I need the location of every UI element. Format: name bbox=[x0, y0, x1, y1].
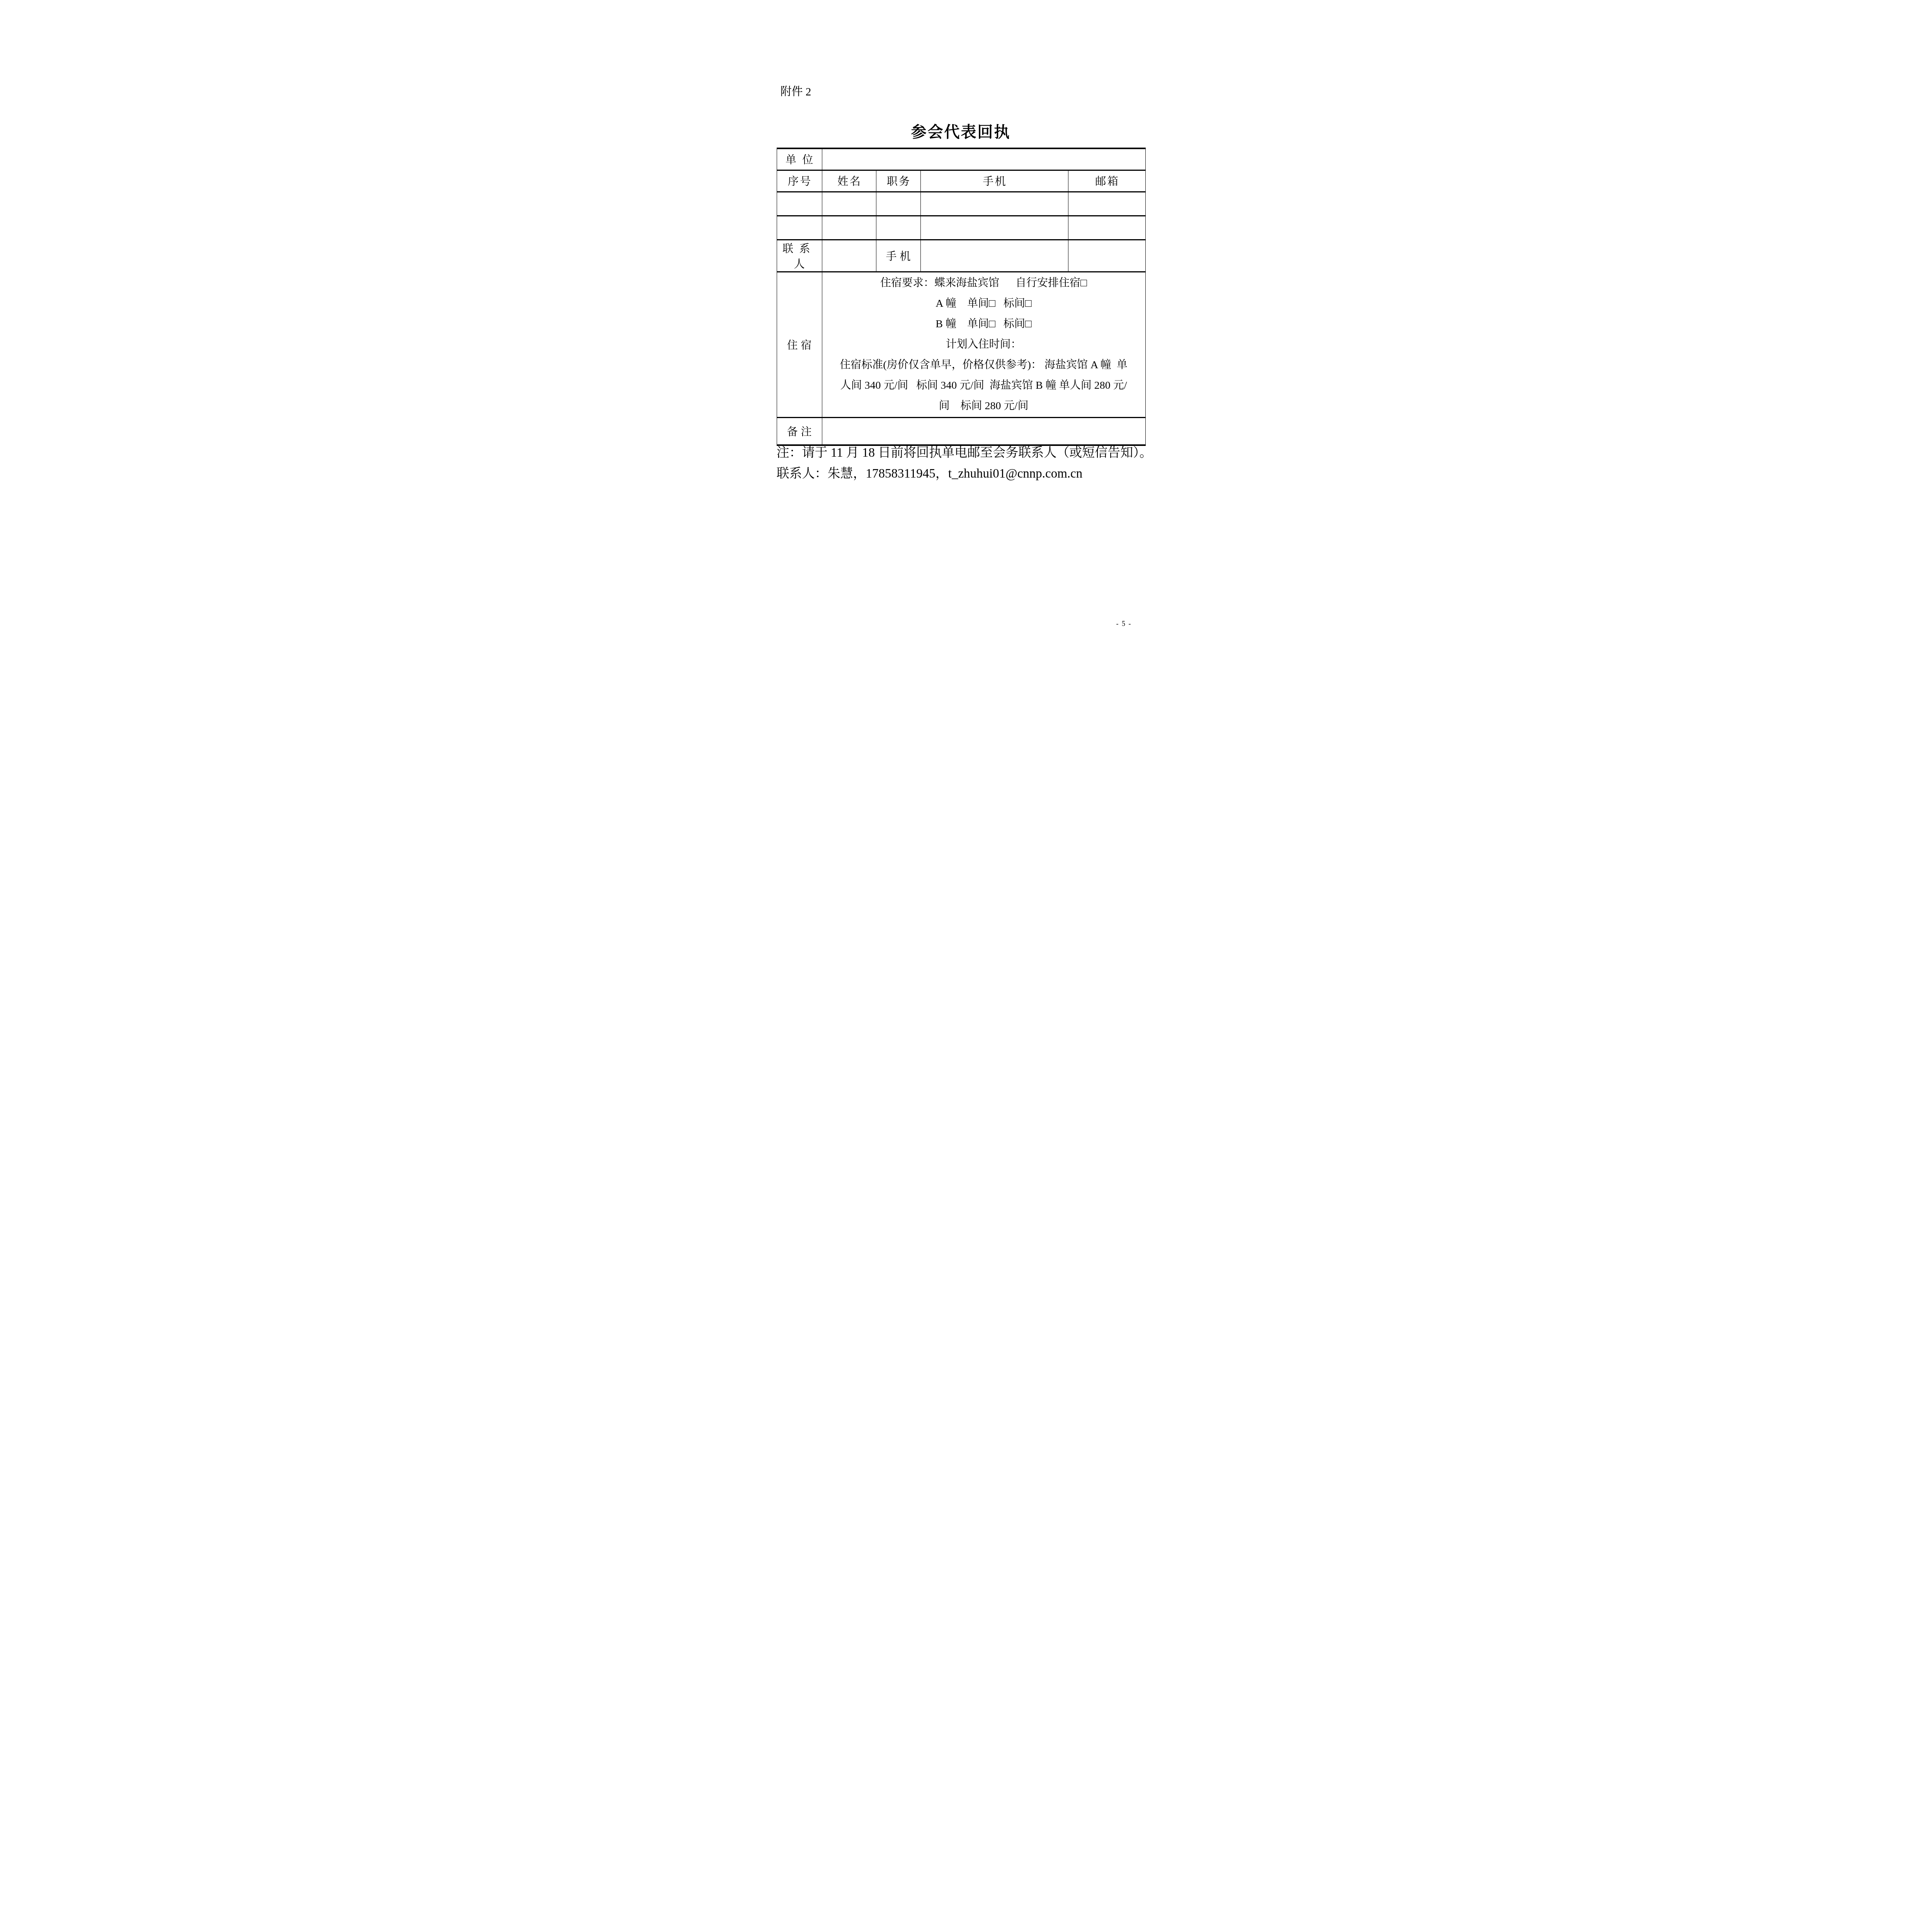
lodging-building-a-line: A 幢 单间□ 标间□ bbox=[822, 293, 1145, 314]
attendee1-index-cell bbox=[777, 192, 822, 216]
footer-contact-info: 联系人：朱慧，17858311945，t_zhuhui01@cnnp.com.c… bbox=[777, 465, 1163, 482]
lodging-checkin-line: 计划入住时间： bbox=[822, 334, 1145, 355]
contact-phone-label: 手机 bbox=[886, 251, 914, 263]
header-cell-email: 邮箱 bbox=[1068, 170, 1145, 192]
unit-row: 单位 bbox=[777, 148, 1145, 170]
unit-label: 单位 bbox=[786, 154, 819, 166]
attachment-label: 附件 2 bbox=[781, 85, 811, 99]
attendee2-mobile-cell bbox=[920, 216, 1068, 240]
lodging-building-b-line: B 幢 单间□ 标间□ bbox=[822, 314, 1145, 334]
contact-label: 联系人 bbox=[782, 243, 816, 270]
header-cell-position: 职务 bbox=[876, 170, 920, 192]
contact-phone-cell bbox=[920, 240, 1068, 272]
attendee-row-2 bbox=[777, 216, 1145, 240]
attendee1-mobile-cell bbox=[920, 192, 1068, 216]
lodging-row: 住宿 住宿要求：蝶来海盐宾馆 自行安排住宿□ A 幢 单间□ 标间□ B 幢 单… bbox=[777, 272, 1145, 417]
attendee2-email-cell bbox=[1068, 216, 1145, 240]
unit-value-cell bbox=[822, 148, 1145, 170]
attendee1-name-cell bbox=[822, 192, 876, 216]
unit-label-cell: 单位 bbox=[777, 148, 822, 170]
header-cell-mobile: 手机 bbox=[920, 170, 1068, 192]
document-page: 附件 2 参会代表回执 单位 序号 姓名 职务 bbox=[719, 0, 1198, 678]
attendee2-position-cell bbox=[876, 216, 920, 240]
attendee1-position-cell bbox=[876, 192, 920, 216]
attendee1-email-cell bbox=[1068, 192, 1145, 216]
remark-row: 备注 bbox=[777, 417, 1145, 445]
attendee2-index-cell bbox=[777, 216, 822, 240]
lodging-label: 住宿 bbox=[787, 340, 815, 352]
lodging-requirement-line: 住宿要求：蝶来海盐宾馆 自行安排住宿□ bbox=[822, 273, 1145, 293]
contact-email-cell bbox=[1068, 240, 1145, 272]
footer-note: 注：请于 11 月 18 日前将回执单电邮至会务联系人（或短信告知）。 bbox=[777, 444, 1163, 461]
contact-name-cell bbox=[822, 240, 876, 272]
lodging-rate-line-1: 住宿标准(房价仅含单早，价格仅供参考)： 海盐宾馆 A 幢 单 bbox=[822, 355, 1145, 375]
contact-row: 联系人 手机 bbox=[777, 240, 1145, 272]
header-cell-index: 序号 bbox=[777, 170, 822, 192]
reply-form-table: 单位 序号 姓名 职务 手机 邮箱 bbox=[777, 148, 1146, 446]
page-title: 参会代表回执 bbox=[777, 123, 1145, 141]
header-cell-name: 姓名 bbox=[822, 170, 876, 192]
remark-value-cell bbox=[822, 417, 1145, 445]
contact-phone-label-cell: 手机 bbox=[876, 240, 920, 272]
attendee-row-1 bbox=[777, 192, 1145, 216]
lodging-rate-line-3: 间 标间 280 元/间 bbox=[822, 396, 1145, 416]
lodging-label-cell: 住宿 bbox=[777, 272, 822, 417]
page-number: - 5 - bbox=[1109, 620, 1140, 628]
remark-label: 备注 bbox=[787, 426, 815, 438]
lodging-detail-cell: 住宿要求：蝶来海盐宾馆 自行安排住宿□ A 幢 单间□ 标间□ B 幢 单间□ … bbox=[822, 272, 1145, 417]
attendee2-name-cell bbox=[822, 216, 876, 240]
lodging-rate-line-2: 人间 340 元/间 标间 340 元/间 海盐宾馆 B 幢 单人间 280 元… bbox=[822, 375, 1145, 396]
contact-label-cell: 联系人 bbox=[777, 240, 822, 272]
remark-label-cell: 备注 bbox=[777, 417, 822, 445]
header-row: 序号 姓名 职务 手机 邮箱 bbox=[777, 170, 1145, 192]
